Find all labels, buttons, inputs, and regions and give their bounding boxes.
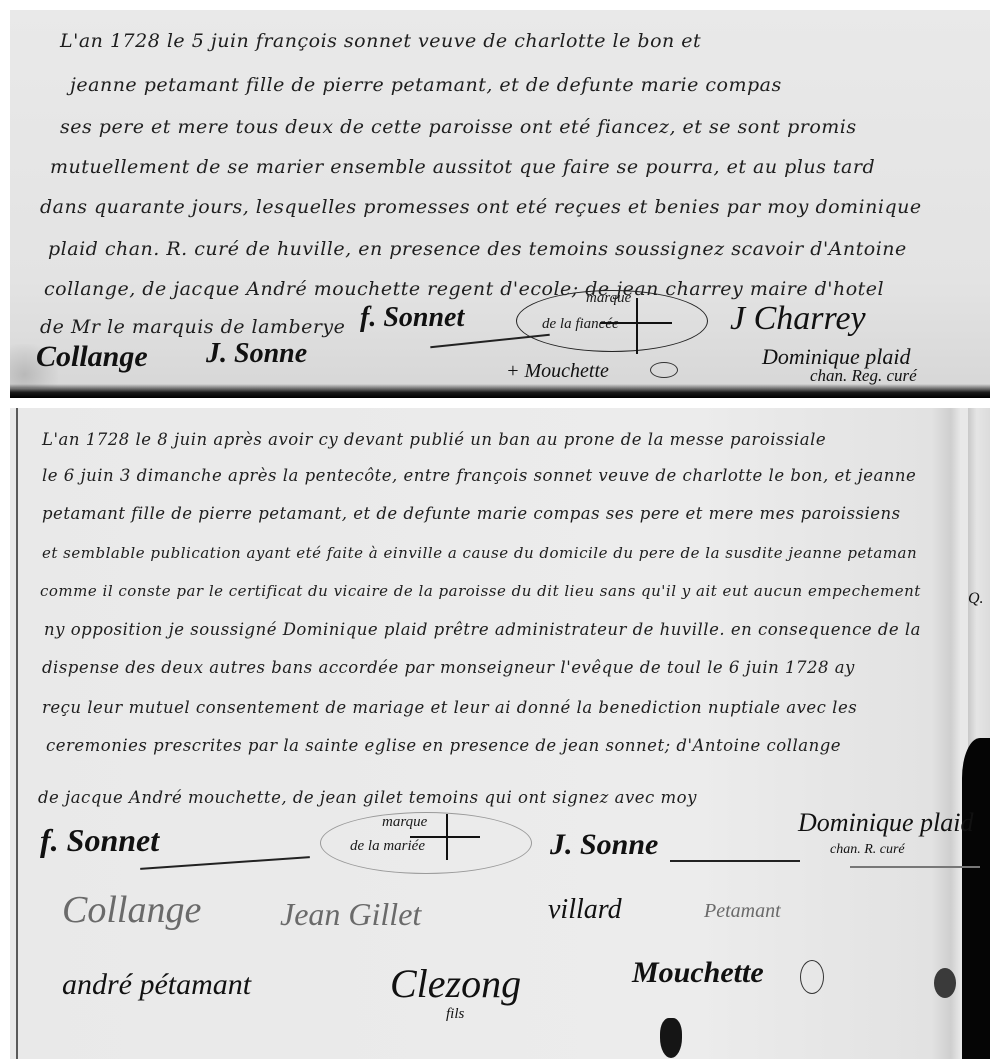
witness-sonne-signature: J. Sonne: [550, 828, 658, 862]
witness-collange-signature: Collange: [62, 888, 201, 932]
text-line: petamant fille de pierre petamant, et de…: [42, 504, 901, 523]
witness-charrey-signature: J Charrey: [730, 300, 866, 338]
priest-signature: Dominique plaid: [798, 808, 974, 838]
signature-paraph: [800, 960, 824, 994]
bride-mark-label: marque: [382, 814, 427, 831]
groom-signature: f. Sonnet: [40, 822, 159, 859]
cross-mark: [600, 322, 672, 324]
priest-title: chan. R. curé: [830, 842, 905, 858]
bride-mark-label: de la fiancée: [542, 316, 619, 333]
text-line: ses pere et mere tous deux de cette paro…: [60, 116, 857, 138]
text-line: comme il conste par le certificat du vic…: [40, 582, 921, 600]
priest-title: chan. Reg. curé: [810, 366, 917, 386]
margin-note: Q.: [968, 590, 984, 608]
ink-blot: [660, 1018, 682, 1058]
cross-mark: [636, 298, 638, 354]
margin-rule: [16, 408, 18, 1059]
text-line: ny opposition je soussigné Dominique pla…: [44, 620, 921, 639]
witness-clezong-signature: Clezong: [390, 960, 521, 1007]
text-line: et semblable publication ayant eté faite…: [42, 544, 917, 562]
text-line: de Mr le marquis de lamberye: [40, 316, 345, 338]
signature-flourish: [140, 856, 310, 869]
witness-clezong-suffix: fils: [446, 1006, 464, 1023]
text-line: collange, de jacque André mouchette rege…: [44, 278, 884, 300]
text-line: ceremonies prescrites par la sainte egli…: [46, 736, 841, 755]
text-line: L'an 1728 le 5 juin françois sonnet veuv…: [60, 30, 701, 52]
text-line: jeanne petamant fille de pierre petamant…: [70, 74, 782, 96]
witness-gillet-signature: Jean Gillet: [280, 896, 421, 933]
cross-mark: [410, 836, 480, 838]
betrothal-act-panel: L'an 1728 le 5 juin françois sonnet veuv…: [10, 10, 990, 398]
text-line: L'an 1728 le 8 juin après avoir cy devan…: [42, 430, 826, 449]
marriage-act-panel: L'an 1728 le 8 juin après avoir cy devan…: [10, 408, 990, 1059]
text-line: le 6 juin 3 dimanche après la pentecôte,…: [42, 466, 916, 485]
text-line: de jacque André mouchette, de jean gilet…: [38, 788, 697, 807]
text-line: dispense des deux autres bans accordée p…: [42, 658, 855, 677]
bride-mark-label: marque: [586, 290, 631, 307]
witness-petamant-signature: Petamant: [704, 900, 781, 923]
text-line: plaid chan. R. curé de huville, en prese…: [48, 238, 907, 260]
signature-flourish: [670, 860, 800, 862]
ink-blot: [934, 968, 956, 998]
witness-mouchette-signature: Mouchette: [632, 956, 764, 990]
witness-collange-signature: Collange: [36, 340, 148, 374]
bride-mark-label: de la mariée: [350, 838, 425, 855]
page-edge-shadow: [962, 738, 990, 1059]
text-line: reçu leur mutuel consentement de mariage…: [42, 698, 857, 717]
witness-villard-signature: villard: [548, 894, 622, 926]
witness-mouchette-signature: + Mouchette: [506, 360, 609, 383]
signature-flourish: [850, 866, 980, 868]
groom-signature: f. Sonnet: [360, 302, 464, 334]
signature-paraph: [650, 362, 678, 378]
text-line: dans quarante jours, lesquelles promesse…: [40, 196, 922, 218]
witness-andre-petamant-signature: andré pétamant: [62, 968, 251, 1002]
witness-sonne-signature: J. Sonne: [206, 338, 307, 370]
text-line: mutuellement de se marier ensemble aussi…: [50, 156, 875, 178]
